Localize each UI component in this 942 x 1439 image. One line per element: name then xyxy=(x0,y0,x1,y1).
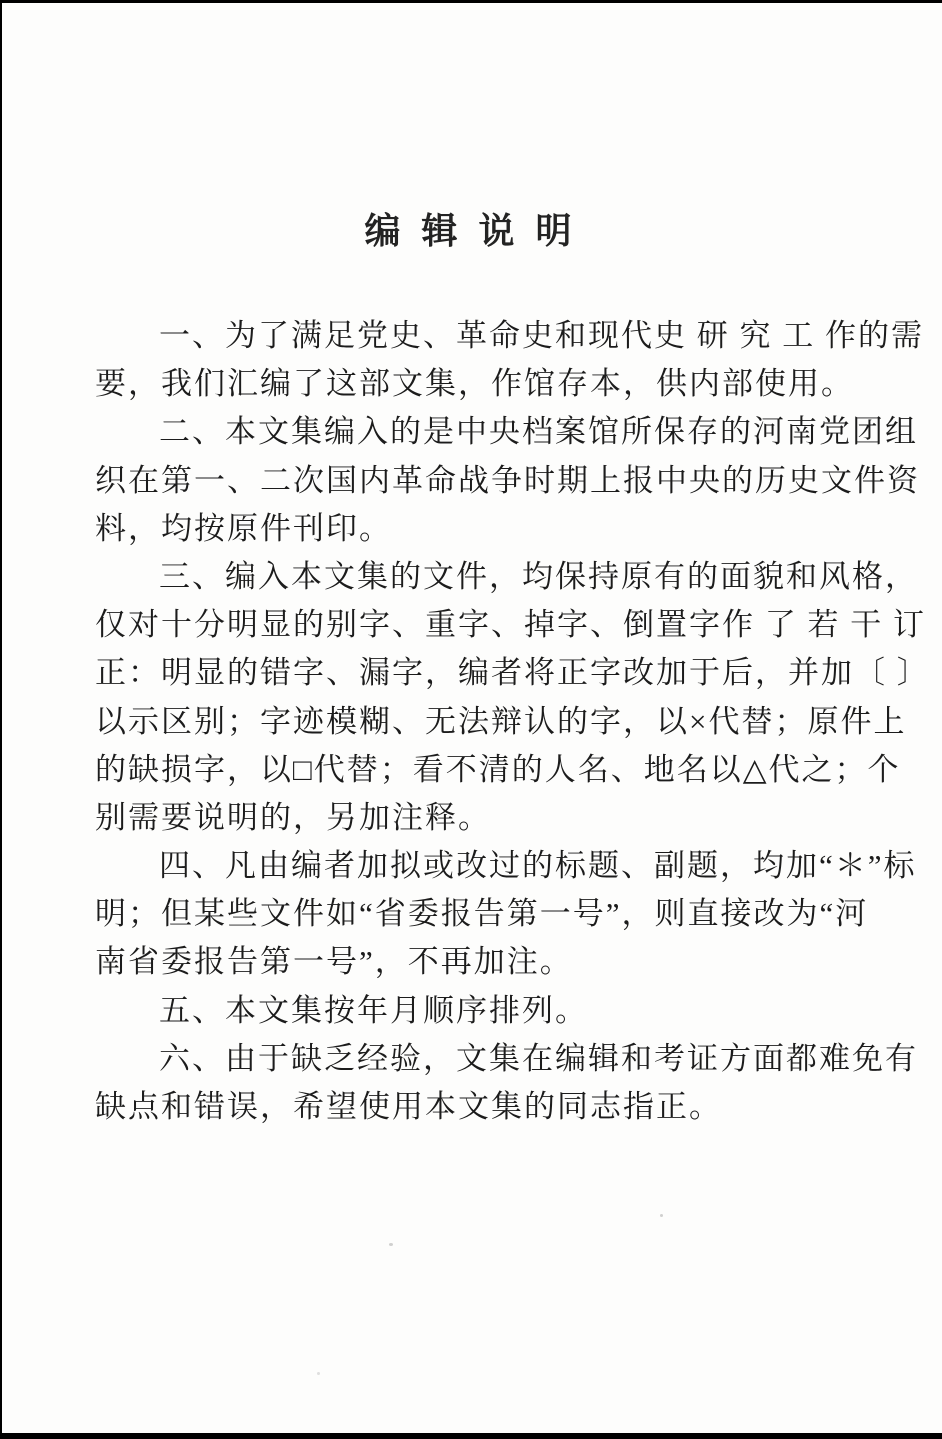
paragraph-5: 五、本文集按年月顺序排列。 xyxy=(95,987,895,1035)
scan-noise-speck xyxy=(660,1214,663,1217)
text-line: 六、由于缺乏经验，文集在编辑和考证方面都难免有 xyxy=(95,1035,895,1083)
document-page: 编 辑 说 明 一、为了满足党史、革命史和现代史 研 究 工 作的需 要，我们汇… xyxy=(0,0,942,1439)
page-title: 编 辑 说 明 xyxy=(0,203,942,254)
text-line: 要，我们汇编了这部文集，作馆存本，供内部使用。 xyxy=(95,360,895,408)
paragraph-6: 六、由于缺乏经验，文集在编辑和考证方面都难免有 缺点和错误，希望使用本文集的同志… xyxy=(95,1035,895,1131)
text-line: 南省委报告第一号”，不再加注。 xyxy=(95,938,895,986)
scan-edge-top xyxy=(0,0,942,3)
text-line: 别需要说明的，另加注释。 xyxy=(95,794,895,842)
text-line: 以示区别；字迹模糊、无法辩认的字，以×代替；原件上 xyxy=(95,698,895,746)
document-body: 一、为了满足党史、革命史和现代史 研 究 工 作的需 要，我们汇编了这部文集，作… xyxy=(95,312,895,1131)
text-line: 明；但某些文件如“省委报告第一号”，则直接改为“河 xyxy=(95,890,895,938)
paragraph-4: 四、凡由编者加拟或改过的标题、副题，均加“＊”标 明；但某些文件如“省委报告第一… xyxy=(95,842,895,987)
text-line: 缺点和错误，希望使用本文集的同志指正。 xyxy=(95,1083,895,1131)
text-line: 的缺损字，以□代替；看不清的人名、地名以△代之；个 xyxy=(95,746,895,794)
text-line: 四、凡由编者加拟或改过的标题、副题，均加“＊”标 xyxy=(95,842,895,890)
scan-edge-bottom xyxy=(0,1433,942,1439)
text-line: 二、本文集编入的是中央档案馆所保存的河南党团组 xyxy=(95,408,895,456)
paragraph-1: 一、为了满足党史、革命史和现代史 研 究 工 作的需 要，我们汇编了这部文集，作… xyxy=(95,312,895,408)
text-line: 五、本文集按年月顺序排列。 xyxy=(95,987,895,1035)
scan-noise-speck xyxy=(317,1372,320,1375)
text-line: 仅对十分明显的别字、重字、掉字、倒置字作 了 若 干 订 xyxy=(95,601,895,649)
scan-noise-speck xyxy=(389,1243,393,1246)
paragraph-2: 二、本文集编入的是中央档案馆所保存的河南党团组 织在第一、二次国内革命战争时期上… xyxy=(95,408,895,553)
text-line: 正：明显的错字、漏字，编者将正字改加于后，并加〔 〕 xyxy=(95,649,895,697)
paragraph-3: 三、编入本文集的文件，均保持原有的面貌和风格， 仅对十分明显的别字、重字、掉字、… xyxy=(95,553,895,842)
text-line: 三、编入本文集的文件，均保持原有的面貌和风格， xyxy=(95,553,895,601)
text-line: 料，均按原件刊印。 xyxy=(95,505,895,553)
text-line: 一、为了满足党史、革命史和现代史 研 究 工 作的需 xyxy=(95,312,895,360)
text-line: 织在第一、二次国内革命战争时期上报中央的历史文件资 xyxy=(95,457,895,505)
